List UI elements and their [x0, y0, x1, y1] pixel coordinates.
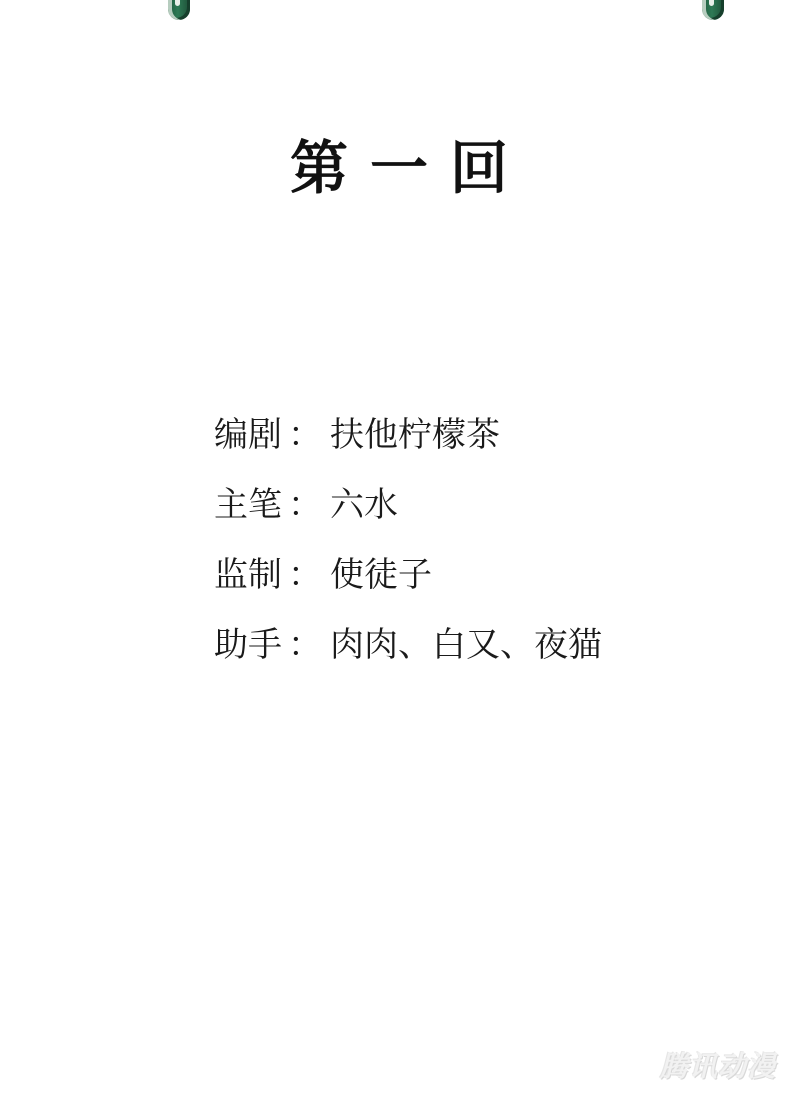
chapter-title: 第一回 [0, 132, 800, 204]
credit-colon: ： [282, 413, 330, 457]
watermark-logo: 腾讯动漫 [660, 1045, 776, 1085]
credit-label: 编剧 [214, 413, 282, 457]
green-ornament-icon [168, 0, 190, 20]
credit-label: 助手 [214, 623, 282, 667]
comic-credits-page: 第一回 编剧 ： 扶他柠檬茶 主笔 ： 六水 监制 ： 使徒子 助手 ： 肉肉、… [0, 0, 800, 1093]
credit-colon: ： [282, 483, 330, 527]
credit-row-supervisor: 监制 ： 使徒子 [214, 540, 602, 610]
credit-value: 六水 [330, 483, 398, 527]
credit-colon: ： [282, 623, 330, 667]
credit-value: 使徒子 [330, 553, 432, 597]
credit-value: 扶他柠檬茶 [330, 413, 500, 457]
credit-row-writer: 编剧 ： 扶他柠檬茶 [214, 400, 602, 470]
credit-row-assistants: 助手 ： 肉肉、白又、夜猫 [214, 610, 602, 680]
credit-row-artist: 主笔 ： 六水 [214, 470, 602, 540]
credit-label: 主笔 [214, 483, 282, 527]
green-ornament-icon [702, 0, 724, 20]
credit-label: 监制 [214, 553, 282, 597]
credit-value: 肉肉、白又、夜猫 [330, 623, 602, 667]
credits-list: 编剧 ： 扶他柠檬茶 主笔 ： 六水 监制 ： 使徒子 助手 ： 肉肉、白又、夜… [214, 400, 602, 680]
credit-colon: ： [282, 553, 330, 597]
